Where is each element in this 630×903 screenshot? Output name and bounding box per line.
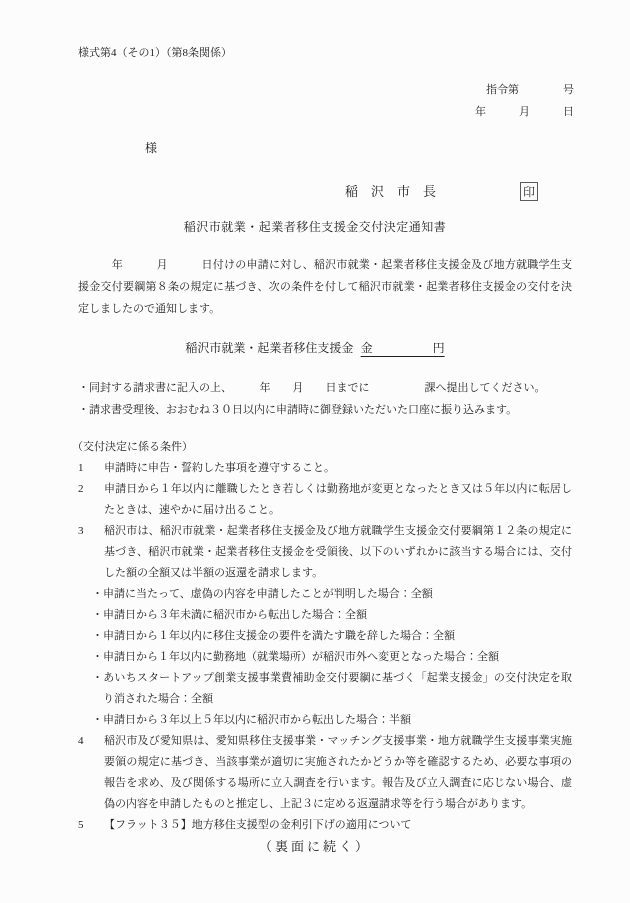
condition-text: 稲沢市は、稲沢市就業・起業者移住支援金及び地方就職学生支援金交付要綱第１２条の規… (104, 521, 572, 584)
issuer-name: 稲 沢 市 長 (345, 181, 436, 203)
condition-text: 申請時に申告・誓約した事項を遵守すること。 (104, 458, 572, 479)
document-title: 稲沢市就業・起業者移住支援金交付決定通知書 (0, 216, 630, 238)
conditions-list: 1 申請時に申告・誓約した事項を遵守すること。 2 申請日から１年以内に離職した… (0, 458, 630, 836)
condition-item: 4 稲沢市及び愛知県は、愛知県移住支援事業・マッチング支援事業・地方就職学生支援… (78, 731, 572, 815)
condition-bullet: ・申請日から１年以内に移住支援金の要件を満たす職を辞した場合：全額 (92, 626, 572, 647)
conditions-heading: （交付決定に係る条件） (72, 437, 630, 458)
condition-number: 1 (78, 458, 104, 479)
condition-item: 3 稲沢市は、稲沢市就業・起業者移住支援金及び地方就職学生支援金交付要綱第１２条… (78, 521, 572, 584)
notes-block: ・同封する請求書に記入の上、 年 月 日までに 課へ提出してください。 ・請求書… (0, 377, 630, 421)
directive-number-line: 指令第 号 (0, 79, 574, 101)
body-paragraph: 年 月 日付けの申請に対し、稲沢市就業・起業者移住支援金及び地方就職学生支援金交… (78, 254, 572, 320)
continued-on-back-note: （裏面に続く） (0, 836, 630, 857)
condition-bullet: ・申請に当たって、虚偽の内容を申請したことが判明した場合：全額 (92, 584, 572, 605)
condition-number: 2 (78, 479, 104, 521)
condition-bullet: ・あいちスタートアップ創業支援事業費補助金交付要綱に基づく「起業支援金」の交付決… (92, 668, 572, 710)
condition-number: 4 (78, 731, 104, 815)
amount-label: 稲沢市就業・起業者移住支援金 (185, 341, 353, 355)
condition-text: 稲沢市及び愛知県は、愛知県移住支援事業・マッチング支援事業・地方就職学生支援事業… (104, 731, 572, 815)
condition-item: 1 申請時に申告・誓約した事項を遵守すること。 (78, 458, 572, 479)
condition-item: 5 【フラット３５】地方移住支援型の金利引下げの適用について (78, 815, 572, 836)
condition-bullet: ・申請日から３年未満に稲沢市から転出した場合：全額 (92, 605, 572, 626)
form-number: 様式第4（その1）（第8条関係） (78, 42, 630, 64)
condition-number: 3 (78, 521, 104, 584)
condition-number: 5 (78, 815, 104, 836)
condition-sub-list: ・申請に当たって、虚偽の内容を申請したことが判明した場合：全額 ・申請日から３年… (92, 584, 572, 731)
condition-bullet: ・申請日から１年以内に勤務地（就業場所）が稲沢市外へ変更となった場合：全額 (92, 647, 572, 668)
seal-stamp-box: 印 (520, 182, 538, 201)
note-line: ・請求書受理後、おおむね３０日以内に申請時に御登録いただいた口座に振り込みます。 (78, 399, 630, 421)
condition-bullet: ・申請日から３年以上５年以内に稲沢市から転出した場合：半額 (92, 710, 572, 731)
addressee-line: 様 (145, 137, 630, 159)
directive-block: 指令第 号 年 月 日 (0, 79, 574, 123)
amount-value-blank: 金 円 (361, 341, 445, 355)
document-page: 様式第4（その1）（第8条関係） 指令第 号 年 月 日 様 稲 沢 市 長 印… (0, 0, 630, 903)
condition-item: 2 申請日から１年以内に離職したとき若しくは勤務地が変更となったとき又は５年以内… (78, 479, 572, 521)
condition-text: 【フラット３５】地方移住支援型の金利引下げの適用について (104, 815, 572, 836)
note-line: ・同封する請求書に記入の上、 年 月 日までに 課へ提出してください。 (78, 377, 630, 399)
issuer-row: 稲 沢 市 長 印 (0, 181, 630, 203)
condition-text: 申請日から１年以内に離職したとき若しくは勤務地が変更となったとき又は５年以内に転… (104, 479, 572, 521)
directive-date-line: 年 月 日 (0, 101, 574, 123)
amount-line: 稲沢市就業・起業者移住支援金金 円 (0, 337, 630, 359)
